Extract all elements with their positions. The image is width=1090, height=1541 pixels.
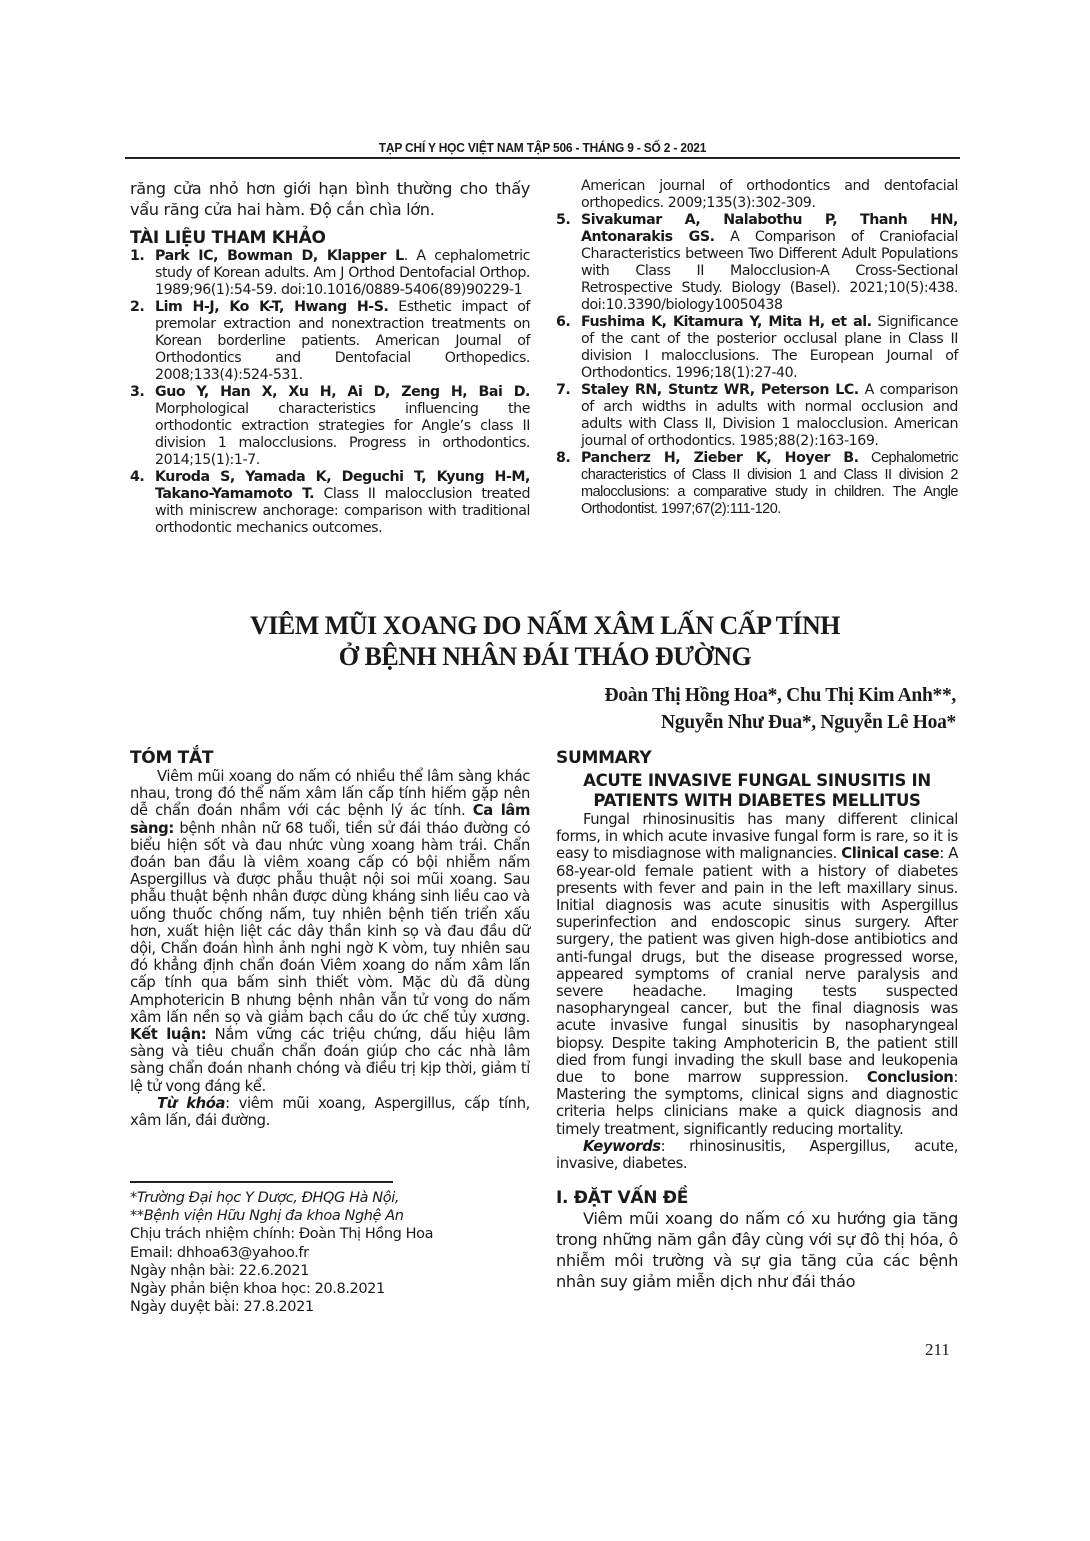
case-label: Clinical case: [841, 845, 939, 862]
references-list: 1.Park IC, Bowman D, Klapper L. A cephal…: [130, 248, 530, 537]
footnote-rule: [130, 1181, 393, 1183]
reference-item: 8.Pancherz H, Zieber K, Hoyer B. Cephalo…: [556, 450, 958, 518]
section-text: Viêm mũi xoang do nấm có xu hướng gia tă…: [556, 1208, 958, 1292]
contact-email: Email: dhhoa63@yahoo.fr: [130, 1244, 530, 1262]
date-accepted: Ngày duyệt bài: 27.8.2021: [130, 1298, 530, 1316]
reference-item: 7.Staley RN, Stuntz WR, Peterson LC. A c…: [556, 382, 958, 450]
section-heading: I. ĐẶT VẤN ĐỀ: [556, 1188, 958, 1208]
article-authors: Đoàn Thị Hồng Hoa*, Chu Thị Kim Anh**, N…: [460, 682, 956, 736]
article-title: VIÊM MŨI XOANG DO NẤM XÂM LẤN CẤP TÍNH Ở…: [200, 610, 890, 672]
responsible-author: Chịu trách nhiệm chính: Đoàn Thị Hồng Ho…: [130, 1225, 530, 1243]
conclusion-label: Kết luận:: [130, 1026, 206, 1043]
reference-authors: Park IC, Bowman D, Klapper L: [155, 248, 404, 264]
date-reviewed: Ngày phản biện khoa học: 20.8.2021: [130, 1280, 530, 1298]
en-abstract-text: Fungal rhinosinusitis has many different…: [556, 811, 958, 1138]
vn-keywords: Từ khóa: viêm mũi xoang, Aspergillus, cấ…: [130, 1095, 530, 1129]
reference-authors: Guo Y, Han X, Xu H, Ai D, Zeng H, Bai D.: [155, 384, 530, 400]
conclusion-label: Conclusion: [867, 1069, 954, 1086]
reference-authors: Pancherz H, Zieber K, Hoyer B.: [581, 450, 859, 466]
affiliation-1: *Trường Đại học Y Dược, ĐHQG Hà Nội,: [130, 1189, 530, 1207]
affiliation-2: **Bệnh viện Hữu Nghị đa khoa Nghệ An: [130, 1207, 530, 1225]
keywords-label: Keywords: [583, 1138, 661, 1155]
vn-abstract-text: Viêm mũi xoang do nấm có nhiều thể lâm s…: [130, 768, 530, 1095]
reference-item: 3.Guo Y, Han X, Xu H, Ai D, Zeng H, Bai …: [130, 384, 530, 469]
reference-item: 5.Sivakumar A, Nalabothu P, Thanh HN, An…: [556, 212, 958, 314]
en-title-line2: PATIENTS WITH DIABETES MELLITUS: [556, 791, 958, 811]
en-title-line1: ACUTE INVASIVE FUNGAL SINUSITIS IN: [556, 771, 958, 791]
running-header: TẠP CHÍ Y HỌC VIỆT NAM TẬP 506 - THÁNG 9…: [158, 140, 926, 155]
authors-line1: Đoàn Thị Hồng Hoa*, Chu Thị Kim Anh**,: [460, 682, 956, 709]
page-number: 211: [925, 1340, 950, 1360]
reference-authors: Staley RN, Stuntz WR, Peterson LC.: [581, 382, 859, 398]
article-title-line2: Ở BỆNH NHÂN ĐÁI THÁO ĐƯỜNG: [200, 641, 890, 672]
references-list-continued: 5.Sivakumar A, Nalabothu P, Thanh HN, An…: [556, 212, 958, 518]
prev-article-left-column: răng cửa nhỏ hơn giới hạn bình thường ch…: [130, 178, 530, 537]
vn-abstract-column: TÓM TẮT Viêm mũi xoang do nấm có nhiều t…: [130, 748, 530, 1129]
date-received: Ngày nhận bài: 22.6.2021: [130, 1262, 530, 1280]
references-heading: TÀI LIỆU THAM KHẢO: [130, 228, 530, 248]
reference-continuation: American journal of orthodontics and den…: [556, 178, 958, 212]
prev-article-right-column: American journal of orthodontics and den…: [556, 178, 958, 518]
keywords-label: Từ khóa: [157, 1095, 225, 1112]
reference-item: 2.Lim H-J, Ko K-T, Hwang H-S. Esthetic i…: [130, 299, 530, 384]
section-introduction: I. ĐẶT VẤN ĐỀ Viêm mũi xoang do nấm có x…: [556, 1188, 958, 1292]
en-abstract-column: SUMMARY ACUTE INVASIVE FUNGAL SINUSITIS …: [556, 748, 958, 1292]
reference-item: 1.Park IC, Bowman D, Klapper L. A cephal…: [130, 248, 530, 299]
header-rule: [125, 157, 960, 159]
reference-authors: Fushima K, Kitamura Y, Mita H, et al.: [581, 314, 872, 330]
en-abstract-heading: SUMMARY: [556, 748, 958, 768]
en-keywords: Keywords: rhinosinusitis, Aspergillus, a…: [556, 1138, 958, 1172]
reference-item: 4.Kuroda S, Yamada K, Deguchi T, Kyung H…: [130, 469, 530, 537]
reference-text: Morphological characteristics influencin…: [155, 401, 530, 468]
reference-authors: Lim H-J, Ko K-T, Hwang H-S.: [155, 299, 388, 315]
prev-article-closing-text: răng cửa nhỏ hơn giới hạn bình thường ch…: [130, 178, 530, 220]
article-title-line1: VIÊM MŨI XOANG DO NẤM XÂM LẤN CẤP TÍNH: [200, 610, 890, 641]
reference-item: 6.Fushima K, Kitamura Y, Mita H, et al. …: [556, 314, 958, 382]
footnotes: *Trường Đại học Y Dược, ĐHQG Hà Nội, **B…: [130, 1189, 530, 1316]
vn-abstract-heading: TÓM TẮT: [130, 748, 530, 768]
authors-line2: Nguyễn Như Đua*, Nguyễn Lê Hoa*: [460, 709, 956, 736]
